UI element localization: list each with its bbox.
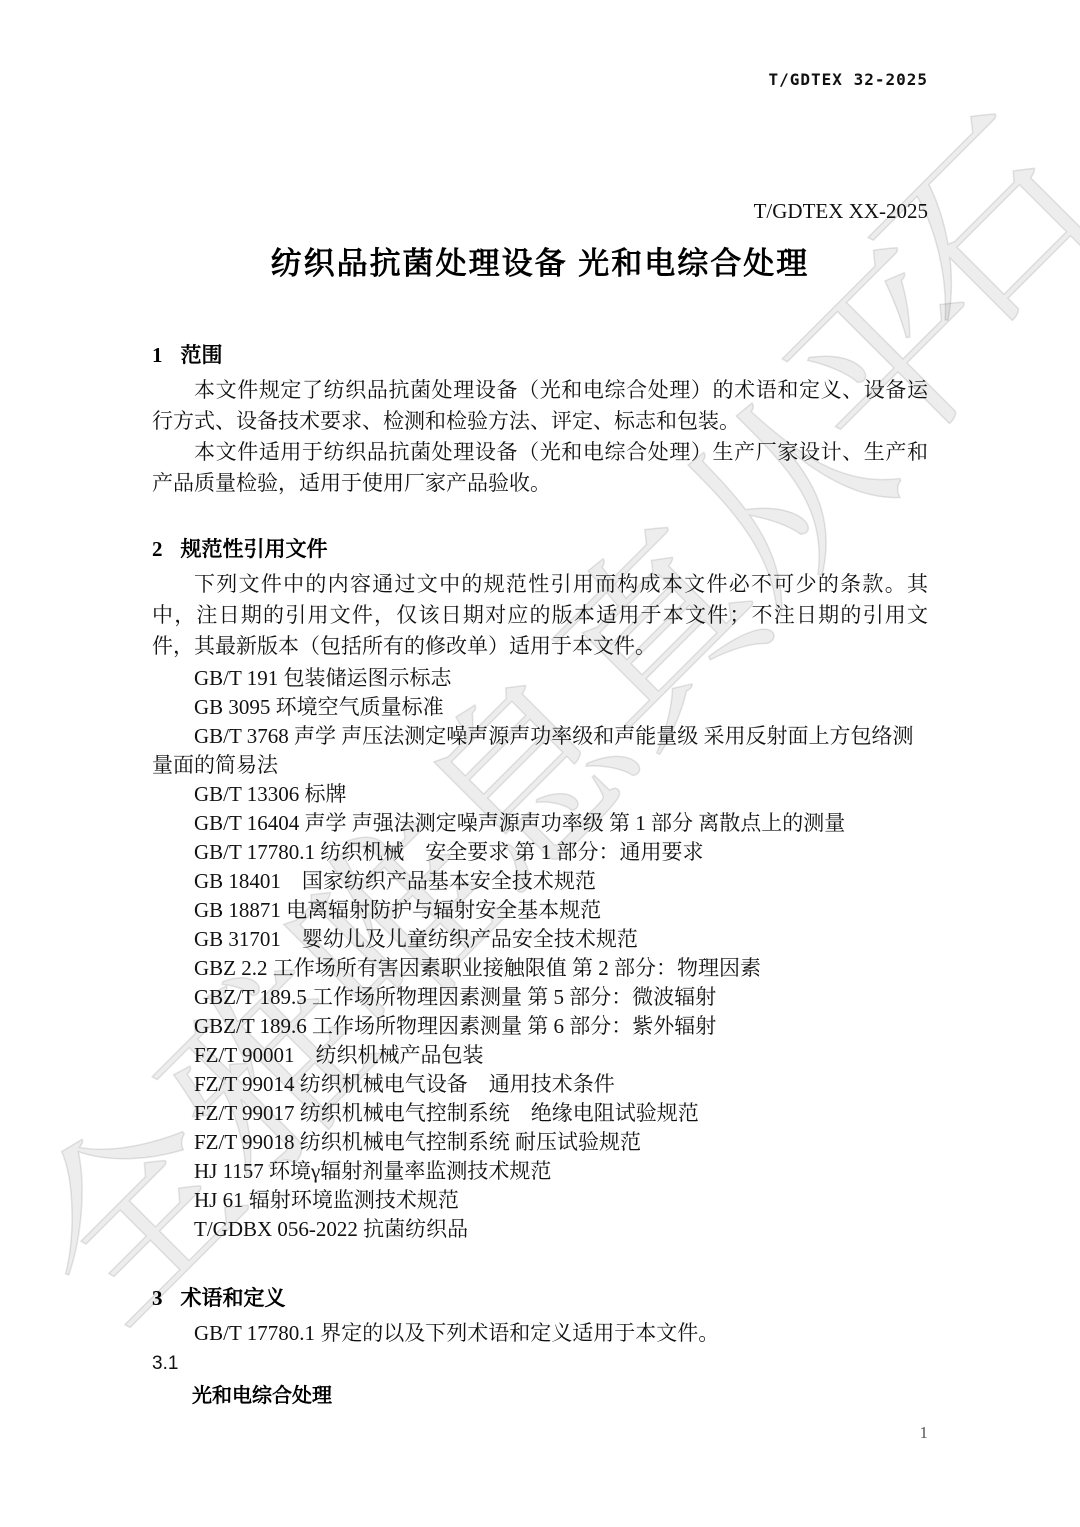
reference-list: GB/T 191 包装储运图示标志 GB 3095 环境空气质量标准 GB/T …	[152, 664, 928, 1244]
reference-item: GB/T 13306 标牌	[152, 780, 928, 809]
reference-item: GB/T 3768 声学 声压法测定噪声源声功率级和声能量级 采用反射面上方包络…	[152, 722, 928, 780]
reference-item: GB 18871 电离辐射防护与辐射安全基本规范	[152, 896, 928, 925]
reference-item: HJ 61 辐射环境监测技术规范	[152, 1186, 928, 1215]
document-page: 全 雅 唯 息 真 从 平 石 T/GDTEX 32-2025 T/GDTEX …	[0, 0, 1080, 1527]
reference-item: GB/T 17780.1 纺织机械 安全要求 第 1 部分：通用要求	[152, 838, 928, 867]
section-heading-scope: 1 范围	[152, 339, 928, 369]
page-content: T/GDTEX 32-2025 T/GDTEX XX-2025 纺织品抗菌处理设…	[0, 0, 1080, 1527]
term-title: 光和电综合处理	[152, 1379, 928, 1408]
reference-item: GBZ 2.2 工作场所有害因素职业接触限值 第 2 部分：物理因素	[152, 954, 928, 983]
section-title: 规范性引用文件	[181, 533, 328, 563]
scope-paragraph-1: 本文件规定了纺织品抗菌处理设备（光和电综合处理）的术语和定义、设备运行方式、设备…	[152, 375, 928, 437]
section-number: 3	[152, 1286, 163, 1311]
normative-intro-paragraph: 下列文件中的内容通过文中的规范性引用而构成本文件必不可少的条款。其中，注日期的引…	[152, 569, 928, 662]
section-heading-normative-references: 2 规范性引用文件	[152, 533, 928, 563]
reference-item: FZ/T 99014 纺织机械电气设备 通用技术条件	[152, 1070, 928, 1099]
terms-intro-paragraph: GB/T 17780.1 界定的以及下列术语和定义适用于本文件。	[152, 1318, 928, 1349]
reference-item: HJ 1157 环境γ辐射剂量率监测技术规范	[152, 1157, 928, 1186]
reference-item: FZ/T 99017 纺织机械电气控制系统 绝缘电阻试验规范	[152, 1099, 928, 1128]
section-number: 2	[152, 537, 163, 562]
reference-item: GB 18401 国家纺织产品基本安全技术规范	[152, 867, 928, 896]
reference-item: GBZ/T 189.6 工作场所物理因素测量 第 6 部分：紫外辐射	[152, 1012, 928, 1041]
reference-item: GB 31701 婴幼儿及儿童纺织产品安全技术规范	[152, 925, 928, 954]
standard-code: T/GDTEX XX-2025	[152, 199, 928, 224]
standard-code-top: T/GDTEX 32-2025	[152, 70, 928, 89]
section-title: 术语和定义	[181, 1282, 286, 1312]
reference-item: GB/T 16404 声学 声强法测定噪声源声功率级 第 1 部分 离散点上的测…	[152, 809, 928, 838]
reference-item: GBZ/T 189.5 工作场所物理因素测量 第 5 部分：微波辐射	[152, 983, 928, 1012]
section-number: 1	[152, 343, 163, 368]
reference-item: GB 3095 环境空气质量标准	[152, 693, 928, 722]
normative-intro: 下列文件中的内容通过文中的规范性引用而构成本文件必不可少的条款。其中，注日期的引…	[152, 569, 928, 662]
page-number: 1	[920, 1423, 929, 1443]
reference-item: FZ/T 99018 纺织机械电气控制系统 耐压试验规范	[152, 1128, 928, 1157]
section-heading-terms: 3 术语和定义	[152, 1282, 928, 1312]
document-title: 纺织品抗菌处理设备 光和电综合处理	[152, 238, 928, 283]
reference-item: FZ/T 90001 纺织机械产品包装	[152, 1041, 928, 1070]
reference-item: T/GDBX 056-2022 抗菌纺织品	[152, 1215, 928, 1244]
clause-number: 3.1	[152, 1353, 928, 1375]
terms-intro: GB/T 17780.1 界定的以及下列术语和定义适用于本文件。	[152, 1318, 928, 1349]
section-title: 范围	[181, 339, 223, 369]
scope-paragraph-2: 本文件适用于纺织品抗菌处理设备（光和电综合处理）生产厂家设计、生产和产品质量检验…	[152, 437, 928, 499]
reference-item: GB/T 191 包装储运图示标志	[152, 664, 928, 693]
scope-paragraphs: 本文件规定了纺织品抗菌处理设备（光和电综合处理）的术语和定义、设备运行方式、设备…	[152, 375, 928, 499]
